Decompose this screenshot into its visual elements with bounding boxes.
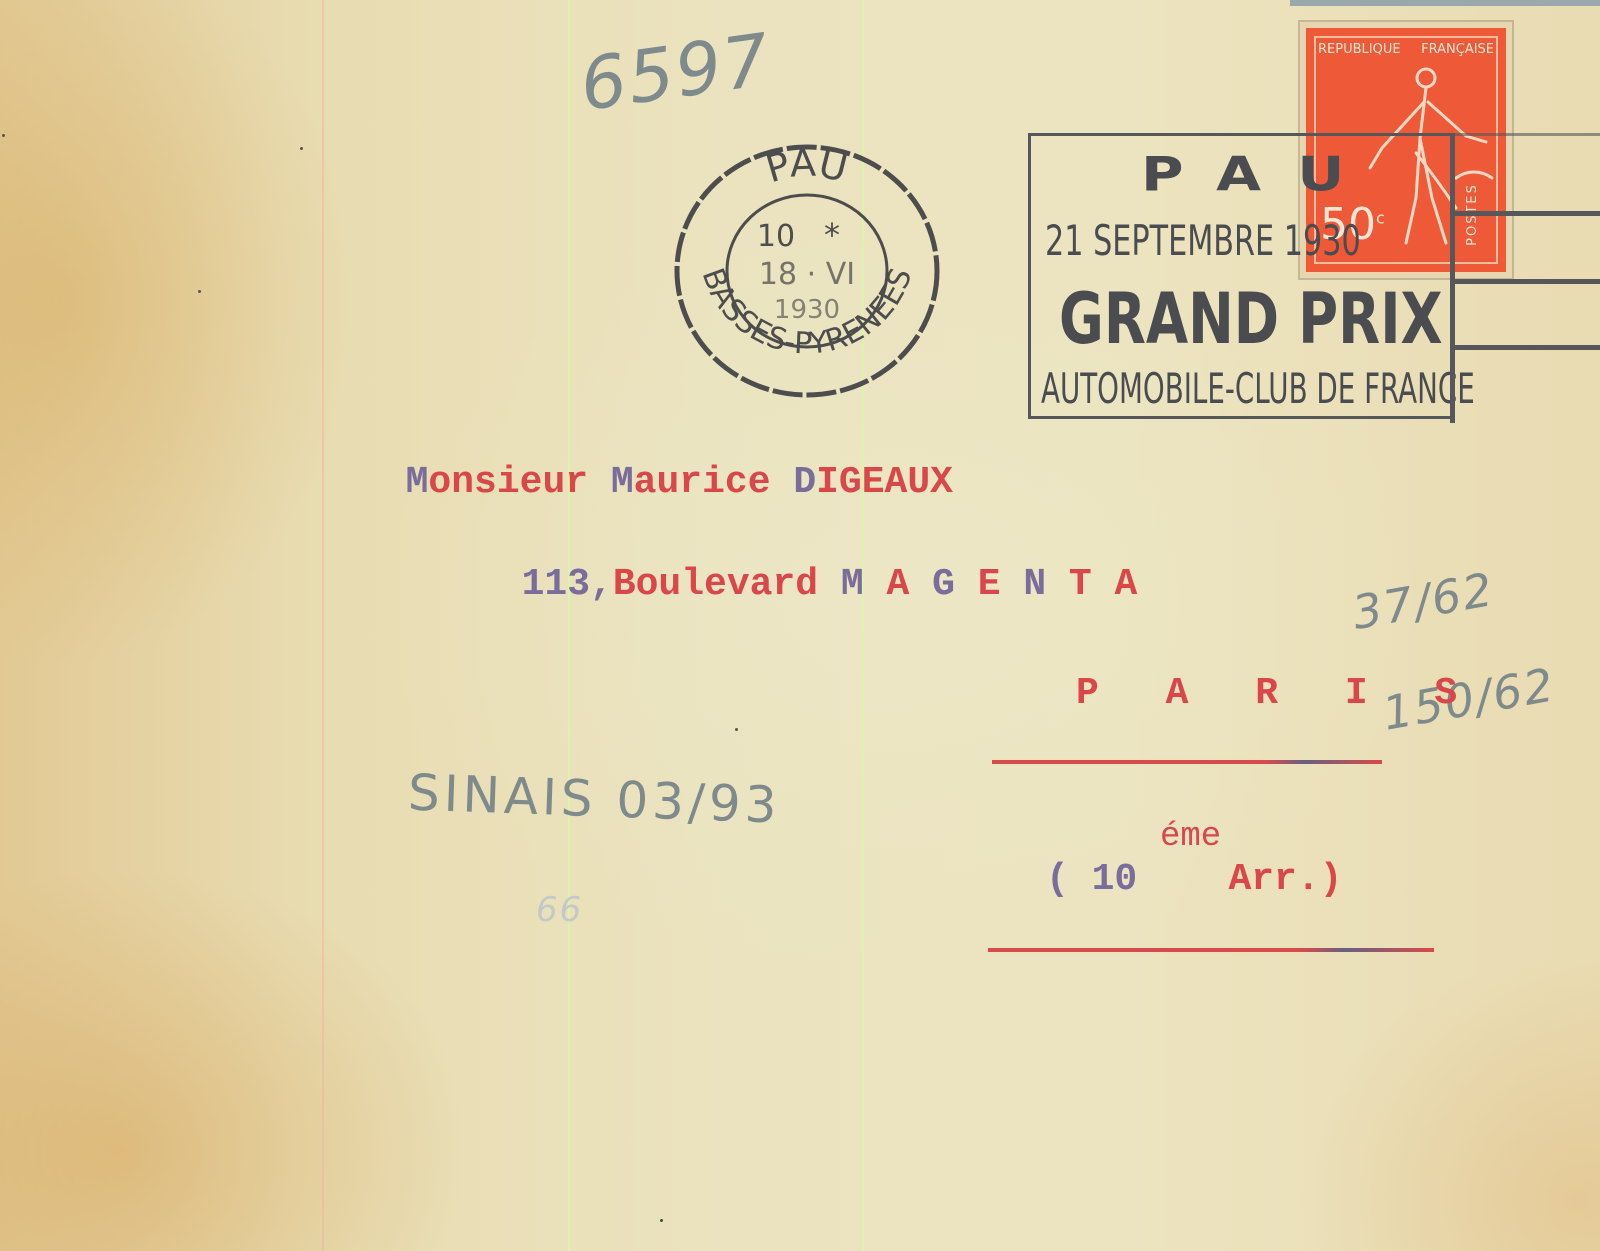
city: P A R I S: [1076, 672, 1479, 715]
scanner-edge: [1290, 0, 1600, 6]
arrondissement-underline: [988, 948, 1434, 952]
paper-speck: [735, 728, 738, 731]
flag-organizer: AUTOMOBILE-CLUB DE FRANCE: [1041, 364, 1475, 413]
cancel-town: PAU: [761, 142, 852, 191]
street-address: 113,Boulevard M A G E N T A: [476, 520, 1137, 606]
pencil-faint-mark: 66: [536, 890, 583, 930]
cancel-year: 1930: [774, 295, 840, 325]
slogan-flag-cancel: PAU 21 SEPTEMBRE 1930 GRAND PRIX AUTOMOB…: [1028, 133, 1450, 419]
arrondissement: ( 10 Arr.): [1046, 858, 1342, 901]
svg-text:PAU: PAU: [761, 142, 852, 191]
paper-speck: [198, 290, 201, 293]
circular-date-cancel: PAU BASSES-PYRENEES 10 * 18 · VI 1930: [672, 142, 942, 400]
paper-crease-line: [568, 0, 570, 1251]
stamp-country-left: REPUBLIQUE: [1318, 42, 1401, 57]
cancel-date: 18 · VI: [759, 257, 855, 292]
flag-date: 21 SEPTEMBRE 1930: [1045, 216, 1361, 265]
cancel-star: *: [824, 216, 840, 254]
cancel-wavy-lines: [1450, 133, 1600, 423]
paper-speck: [660, 1219, 663, 1222]
paper-crease-line: [322, 0, 324, 1251]
cancel-hour: 10: [757, 219, 795, 254]
stamp-country-right: FRANÇAISE: [1421, 42, 1494, 57]
paper-speck: [300, 147, 303, 150]
flag-event: GRAND PRIX: [1059, 278, 1443, 360]
arrondissement-suffix: éme: [1160, 818, 1221, 856]
recipient-name: Monsieur Maurice DIGEAUX: [360, 418, 953, 504]
city-underline: [992, 760, 1382, 764]
stamp-country: REPUBLIQUE FRANÇAISE: [1318, 42, 1494, 57]
paper-speck: [2, 134, 5, 137]
flag-town: PAU: [1141, 146, 1382, 202]
